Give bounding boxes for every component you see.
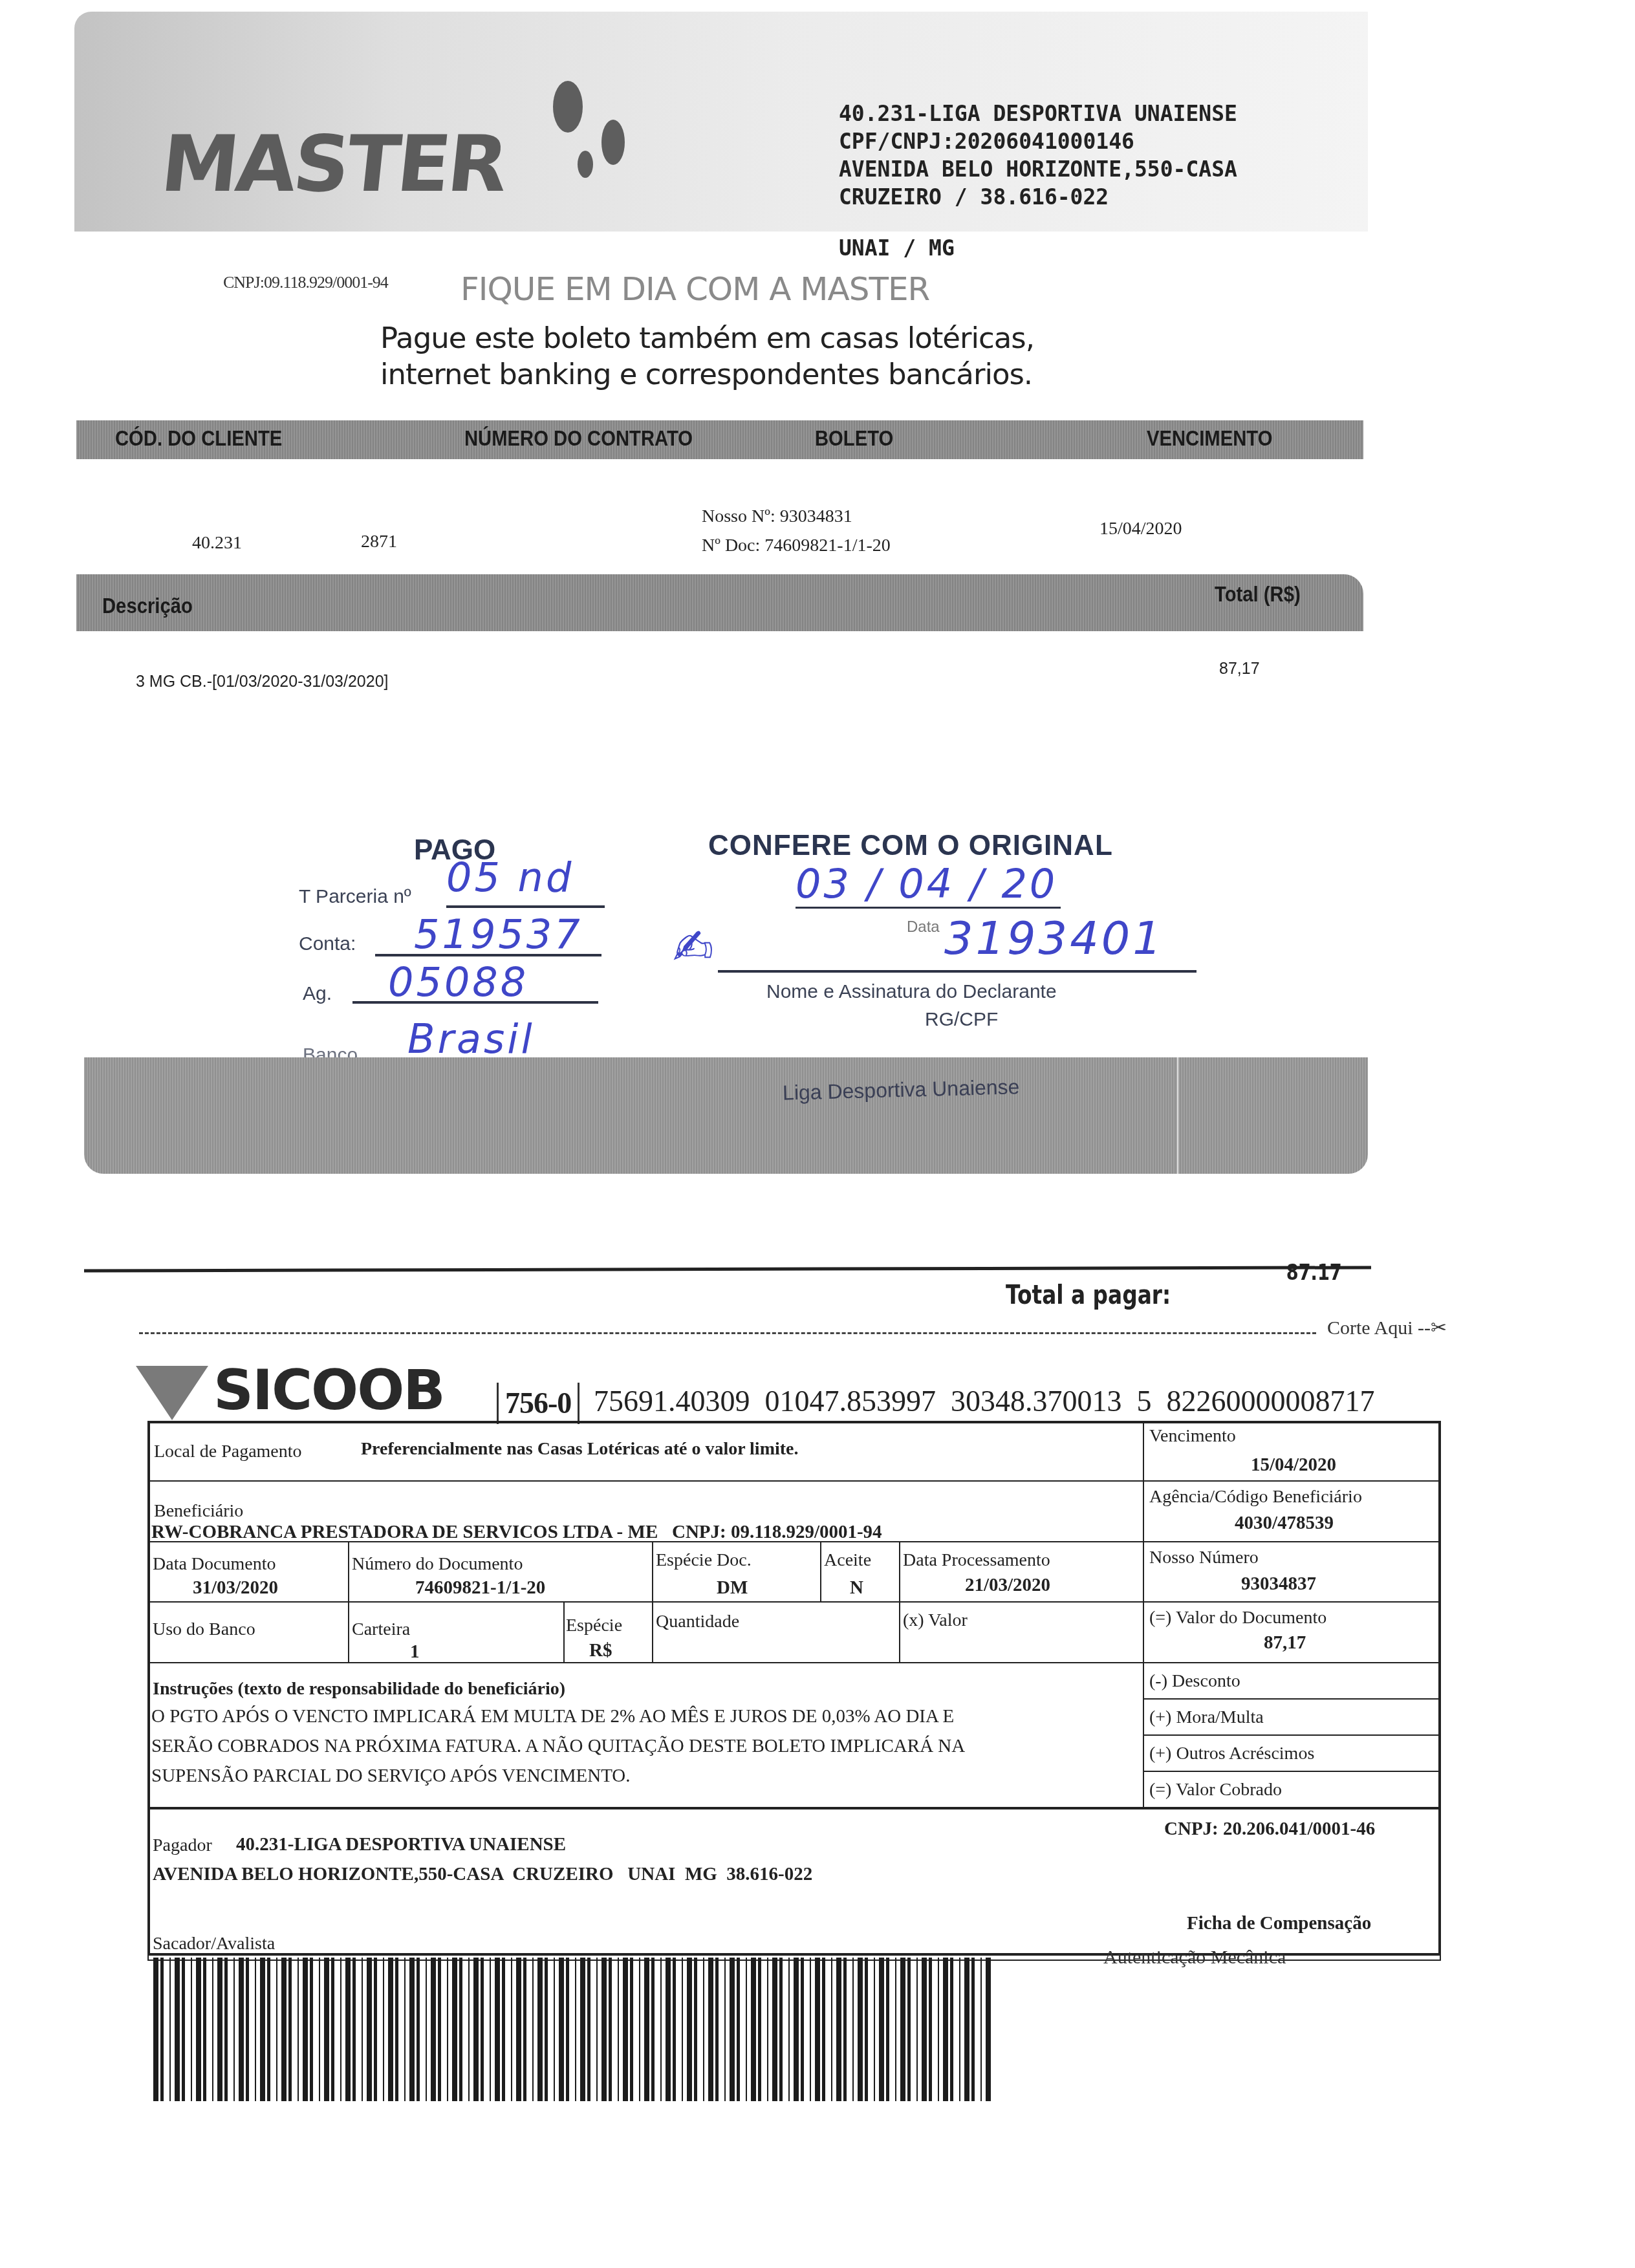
col-descricao: Descrição [102, 594, 193, 619]
numero-documento-cell: Número do Documento 74609821-1/1-20 [348, 1541, 653, 1603]
parceria-handwritten: 05 nd [446, 854, 574, 901]
customer-line: CPF/CNPJ:20206041000146 [839, 127, 1237, 155]
vencimento-value: 15/04/2020 [1099, 519, 1182, 539]
customer-line: CRUZEIRO / 38.616-022 [839, 183, 1237, 211]
valor-cell: (x) Valor [899, 1601, 1144, 1663]
boleto-form: Vencimento 15/04/2020 Agência/Código Ben… [147, 1421, 1441, 1956]
nosso-numero-cell: Nosso Número 93034837 [1143, 1541, 1441, 1603]
pagador-address: AVENIDA BELO HORIZONTE,550-CASA CRUZEIRO… [153, 1864, 812, 1885]
nosso-numero-value: Nosso Nº: 93034831 [702, 506, 852, 527]
signature-label: Nome e Assinatura do Declarante [766, 981, 1057, 1003]
conta-handwritten: 519537 [414, 911, 583, 958]
total-value: 87.17 [1286, 1260, 1342, 1286]
numero-doc-value: Nº Doc: 74609821-1/1-20 [702, 535, 891, 556]
pagador-name: 40.231-LIGA DESPORTIVA UNAIENSE [236, 1834, 566, 1855]
data-processamento-cell: Data Processamento 21/03/2020 [899, 1541, 1144, 1603]
logo-dot-small-icon [578, 151, 593, 178]
sicoob-triangle-icon [136, 1366, 208, 1420]
local-pagamento-cell: Local de Pagamento Preferencialmente nas… [147, 1421, 1144, 1482]
agencia-handwritten: 05088 [388, 958, 528, 1006]
nosso-numero-field: 93034837 [1241, 1573, 1316, 1595]
bank-logo: SICOOB [213, 1358, 444, 1423]
aceite-cell: Aceite N [820, 1541, 900, 1603]
cut-line [139, 1332, 1316, 1334]
outros-cell: (+) Outros Acréscimos [1143, 1734, 1441, 1772]
items-header-bar: Descrição Total (R$) [76, 574, 1363, 631]
conference-stamp-title: CONFERE COM O ORIGINAL [708, 830, 1113, 862]
issuer-cnpj: CNPJ:09.118.929/0001-94 [223, 273, 388, 292]
especie-doc-cell: Espécie Doc. DM [652, 1541, 821, 1603]
customer-line: 40.231-LIGA DESPORTIVA UNAIENSE [839, 100, 1237, 127]
conta-label: Conta: [299, 933, 356, 955]
scissors-icon: ✂ [1431, 1317, 1447, 1339]
parceria-label: T Parceria nº [299, 886, 411, 908]
master-logo: MASTER [157, 120, 510, 210]
item-total: 87,17 [1219, 660, 1260, 678]
summary-header-bar: CÓD. DO CLIENTE NÚMERO DO CONTRATO BOLET… [76, 420, 1363, 459]
rg-handwritten: 3193401 [944, 912, 1164, 965]
col-numero-contrato: NÚMERO DO CONTRATO [464, 426, 693, 451]
pagador-cnpj: CNPJ: 20.206.041/0001-46 [1164, 1819, 1375, 1840]
valor-cobrado-cell: (=) Valor Cobrado [1143, 1771, 1441, 1808]
rg-cpf-label: RG/CPF [925, 1009, 998, 1031]
pagador-cell: Pagador 40.231-LIGA DESPORTIVA UNAIENSE … [147, 1807, 1441, 1961]
banco-handwritten: Brasil [407, 1015, 535, 1063]
col-total: Total (R$) [1215, 582, 1301, 607]
conference-date-label: Data [907, 918, 940, 936]
agencia-label: Ag. [303, 983, 332, 1005]
signature: ✍ [673, 918, 717, 976]
ficha-compensacao: Ficha de Compensação [1187, 1913, 1371, 1934]
customer-line: AVENIDA BELO HORIZONTE,550-CASA [839, 155, 1237, 183]
vencimento-cell: Vencimento 15/04/2020 [1143, 1421, 1441, 1482]
data-documento-cell: Data Documento 31/03/2020 [147, 1541, 349, 1603]
beneficiario-cell: Beneficiário RW-COBRANCA PRESTADORA DE S… [147, 1480, 1144, 1542]
agencia-cell: Agência/Código Beneficiário 4030/478539 [1143, 1480, 1441, 1542]
instrucoes-cell: Instruções (texto de responsabilidade do… [147, 1662, 1144, 1808]
numero-contrato-value: 2871 [361, 532, 397, 552]
item-description: 3 MG CB.-[01/03/2020-31/03/2020] [136, 673, 389, 691]
valor-documento-field: 87,17 [1264, 1632, 1306, 1654]
col-boleto: BOLETO [815, 426, 893, 451]
logo-dot-large-icon [553, 81, 583, 133]
col-vencimento: VENCIMENTO [1147, 426, 1272, 451]
payment-note: Pague este boleto também em casas lotéri… [380, 320, 1034, 393]
bank-code: 756-0 [497, 1383, 579, 1424]
barcode [151, 1958, 998, 2101]
conference-date-handwritten: 03 / 04 / 20 [796, 860, 1057, 907]
agencia-field: 4030/478539 [1235, 1513, 1334, 1534]
total-divider [84, 1266, 1371, 1272]
especie-cell: Espécie R$ [563, 1601, 653, 1663]
codigo-cliente-value: 40.231 [192, 533, 242, 554]
col-codigo-cliente: CÓD. DO CLIENTE [115, 426, 282, 451]
customer-city: UNAI / MG [839, 234, 955, 262]
autenticacao-mecanica: Autenticação Mecânica [1103, 1947, 1286, 1969]
linha-digitavel: 75691.40309 01047.853997 30348.370013 5 … [594, 1384, 1375, 1418]
carteira-cell: Carteira 1 [348, 1601, 565, 1663]
logo-dot-medium-icon [601, 120, 625, 165]
vencimento-field: 15/04/2020 [1251, 1454, 1336, 1476]
org-name: Liga Desportiva Unaiense [783, 1075, 1020, 1105]
cut-label: Corte Aqui --✂ [1327, 1317, 1447, 1339]
stamp-footer-band: Liga Desportiva Unaiense [84, 1057, 1368, 1174]
quantidade-cell: Quantidade [652, 1601, 900, 1663]
mora-cell: (+) Mora/Multa [1143, 1698, 1441, 1736]
customer-address-block: 40.231-LIGA DESPORTIVA UNAIENSE CPF/CNPJ… [839, 100, 1237, 211]
slogan: FIQUE EM DIA COM A MASTER [460, 270, 929, 308]
desconto-cell: (-) Desconto [1143, 1662, 1441, 1700]
valor-documento-cell: (=) Valor do Documento 87,17 [1143, 1601, 1441, 1663]
total-label: Total a pagar: [1006, 1280, 1171, 1310]
uso-banco-cell: Uso do Banco [147, 1601, 349, 1663]
